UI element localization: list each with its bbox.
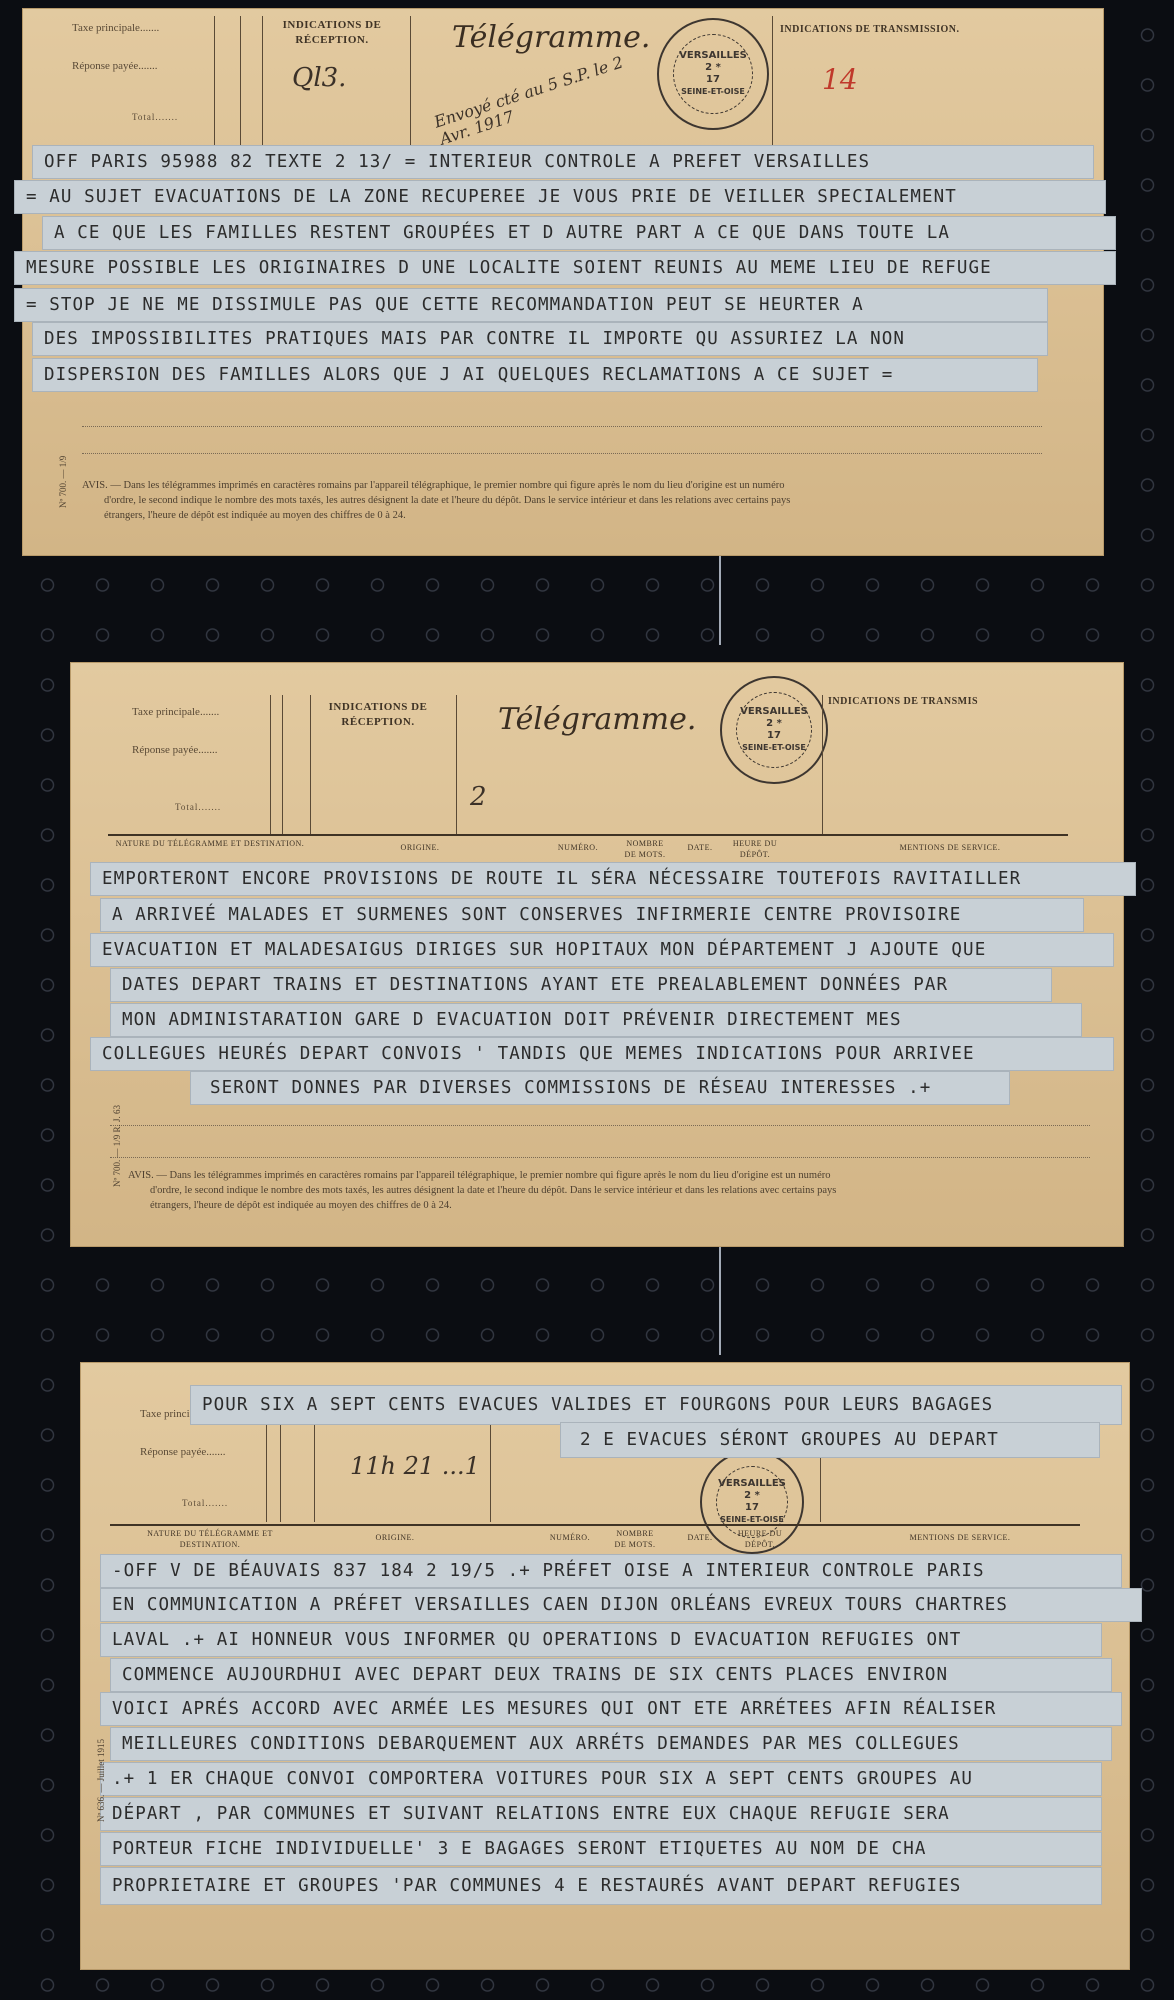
telegram-text-line: DATES DEPART TRAINS ET DESTINATIONS AYAN… <box>110 968 1052 1002</box>
telegram-text-line: DISPERSION DES FAMILLES ALORS QUE J AI Q… <box>32 358 1038 392</box>
column-header: DATE. <box>680 1532 720 1543</box>
handwritten-note: 2 <box>470 782 487 812</box>
telegram-text-line: PROPRIETAIRE ET GROUPES 'PAR COMMUNES 4 … <box>100 1867 1102 1905</box>
taxe-principale-label: Taxe principale....... <box>132 706 219 718</box>
telegram-text-line: OFF PARIS 95988 82 TEXTE 2 13/ = INTERIE… <box>32 145 1094 179</box>
indications-reception-heading: INDICATIONS DE RÉCEPTION. <box>272 18 392 48</box>
telegram-text-line: LAVAL .+ AI HONNEUR VOUS INFORMER QU OPE… <box>100 1623 1102 1657</box>
column-header: MENTIONS DE SERVICE. <box>850 842 1050 853</box>
indications-reception-heading: INDICATIONS DE RÉCEPTION. <box>318 700 438 730</box>
column-header: ORIGINE. <box>310 1532 480 1543</box>
reponse-payee-label: Réponse payée....... <box>72 60 158 72</box>
column-header: NATURE DU TÉLÉGRAMME ET DESTINATION. <box>110 838 310 849</box>
column-header: NUMÉRO. <box>540 1532 600 1543</box>
handwritten-note: Envoyé cté au 5 S.P. le 2 Avr. 1917 <box>432 43 662 148</box>
telegram-text-line: = STOP JE NE ME DISSIMULE PAS QUE CETTE … <box>14 288 1048 322</box>
telegram-text-line: A ARRIVEÉ MALADES ET SURMENES SONT CONSE… <box>100 898 1084 932</box>
column-header: MENTIONS DE SERVICE. <box>860 1532 1060 1543</box>
telegram-text-line: MESURE POSSIBLE LES ORIGINAIRES D UNE LO… <box>14 251 1116 285</box>
column-header: DATE. <box>680 842 720 853</box>
form-reference: Nº 700. — 1/9 R. J. 63 <box>112 1105 122 1187</box>
telegram-text-line: .+ 1 ER CHAQUE CONVOI COMPORTERA VOITURE… <box>100 1762 1102 1796</box>
telegram-text-line: EN COMMUNICATION A PRÉFET VERSAILLES CAE… <box>100 1588 1142 1622</box>
telegram-text-line: VOICI APRÉS ACCORD AVEC ARMÉE LES MESURE… <box>100 1692 1122 1726</box>
reponse-payee-label: Réponse payée....... <box>132 744 218 756</box>
page-divider <box>719 1245 721 1355</box>
column-header: HEURE DU DÉPÔT. <box>730 1528 790 1550</box>
column-header: NATURE DU TÉLÉGRAMME ET DESTINATION. <box>120 1528 300 1550</box>
telegramme-title: Télégramme. <box>452 20 650 55</box>
column-header: NOMBRE DE MOTS. <box>620 838 670 860</box>
telegram-text-line: SERONT DONNES PAR DIVERSES COMMISSIONS D… <box>190 1071 1010 1105</box>
versailles-postmark: VERSAILLES2 *17SEINE-ET-OISE <box>657 18 769 130</box>
telegram-text-line: POUR SIX A SEPT CENTS EVACUES VALIDES ET… <box>190 1385 1122 1425</box>
telegram-text-line: MON ADMINISTARATION GARE D EVACUATION DO… <box>110 1003 1082 1037</box>
indications-transmission-heading: INDICATIONS DE TRANSMISSION. <box>780 22 960 37</box>
indications-transmission-heading: INDICATIONS DE TRANSMIS <box>828 694 978 709</box>
transmission-number: 14 <box>822 63 858 96</box>
telegram-1: Taxe principale....... Réponse payée....… <box>22 8 1104 556</box>
versailles-postmark: VERSAILLES2 *17SEINE-ET-OISE <box>720 676 828 784</box>
telegram-text-line: A CE QUE LES FAMILLES RESTENT GROUPÉES E… <box>42 216 1116 250</box>
telegram-text-line: PORTEUR FICHE INDIVIDUELLE' 3 E BAGAGES … <box>100 1832 1102 1866</box>
column-header: NOMBRE DE MOTS. <box>610 1528 660 1550</box>
avis-notice: AVIS. — Dans les télégrammes imprimés en… <box>128 1168 1118 1213</box>
taxe-principale-label: Taxe principale....... <box>72 22 159 34</box>
column-header: HEURE DU DÉPÔT. <box>725 838 785 860</box>
form-reference: Nº 700. — 1/9 <box>58 456 68 508</box>
telegram-3: Taxe principale....... Réponse payée....… <box>80 1362 1130 1970</box>
telegramme-title: Télégramme. <box>498 702 696 737</box>
telegram-text-line: DES IMPOSSIBILITES PRATIQUES MAIS PAR CO… <box>32 322 1048 356</box>
telegram-text-line: = AU SUJET EVACUATIONS DE LA ZONE RECUPE… <box>14 180 1106 214</box>
total-label: Total....... <box>182 1498 228 1508</box>
column-header: NUMÉRO. <box>548 842 608 853</box>
telegram-text-line: EMPORTERONT ENCORE PROVISIONS DE ROUTE I… <box>90 862 1136 896</box>
form-reference: Nº 636. — Juillet 1915 <box>96 1739 106 1822</box>
reponse-payee-label: Réponse payée....... <box>140 1446 226 1458</box>
total-label: Total....... <box>175 802 221 812</box>
avis-notice: AVIS. — Dans les télégrammes imprimés en… <box>82 478 1062 523</box>
telegram-text-line: EVACUATION ET MALADESAIGUS DIRIGES SUR H… <box>90 933 1114 967</box>
handwritten-note: 11h 21 ...1 <box>350 1452 480 1480</box>
telegram-text-line: -OFF V DE BÉAUVAIS 837 184 2 19/5 .+ PRÉ… <box>100 1554 1122 1588</box>
telegram-2: Taxe principale....... Réponse payée....… <box>70 662 1124 1247</box>
telegram-text-line: MEILLEURES CONDITIONS DEBARQUEMENT AUX A… <box>110 1727 1112 1761</box>
telegram-text-line: DÉPART , PAR COMMUNES ET SUIVANT RELATIO… <box>100 1797 1102 1831</box>
telegram-text-line: COLLEGUES HEURÉS DEPART CONVOIS ' TANDIS… <box>90 1037 1114 1071</box>
total-label: Total....... <box>132 112 178 122</box>
telegram-text-line: 2 E EVACUES SÉRONT GROUPES AU DEPART <box>560 1422 1100 1458</box>
page-divider <box>719 555 721 645</box>
reception-handwriting: Ql3. <box>292 63 346 93</box>
telegram-text-line: COMMENCE AUJOURDHUI AVEC DEPART DEUX TRA… <box>110 1658 1112 1692</box>
column-header: ORIGINE. <box>340 842 500 853</box>
